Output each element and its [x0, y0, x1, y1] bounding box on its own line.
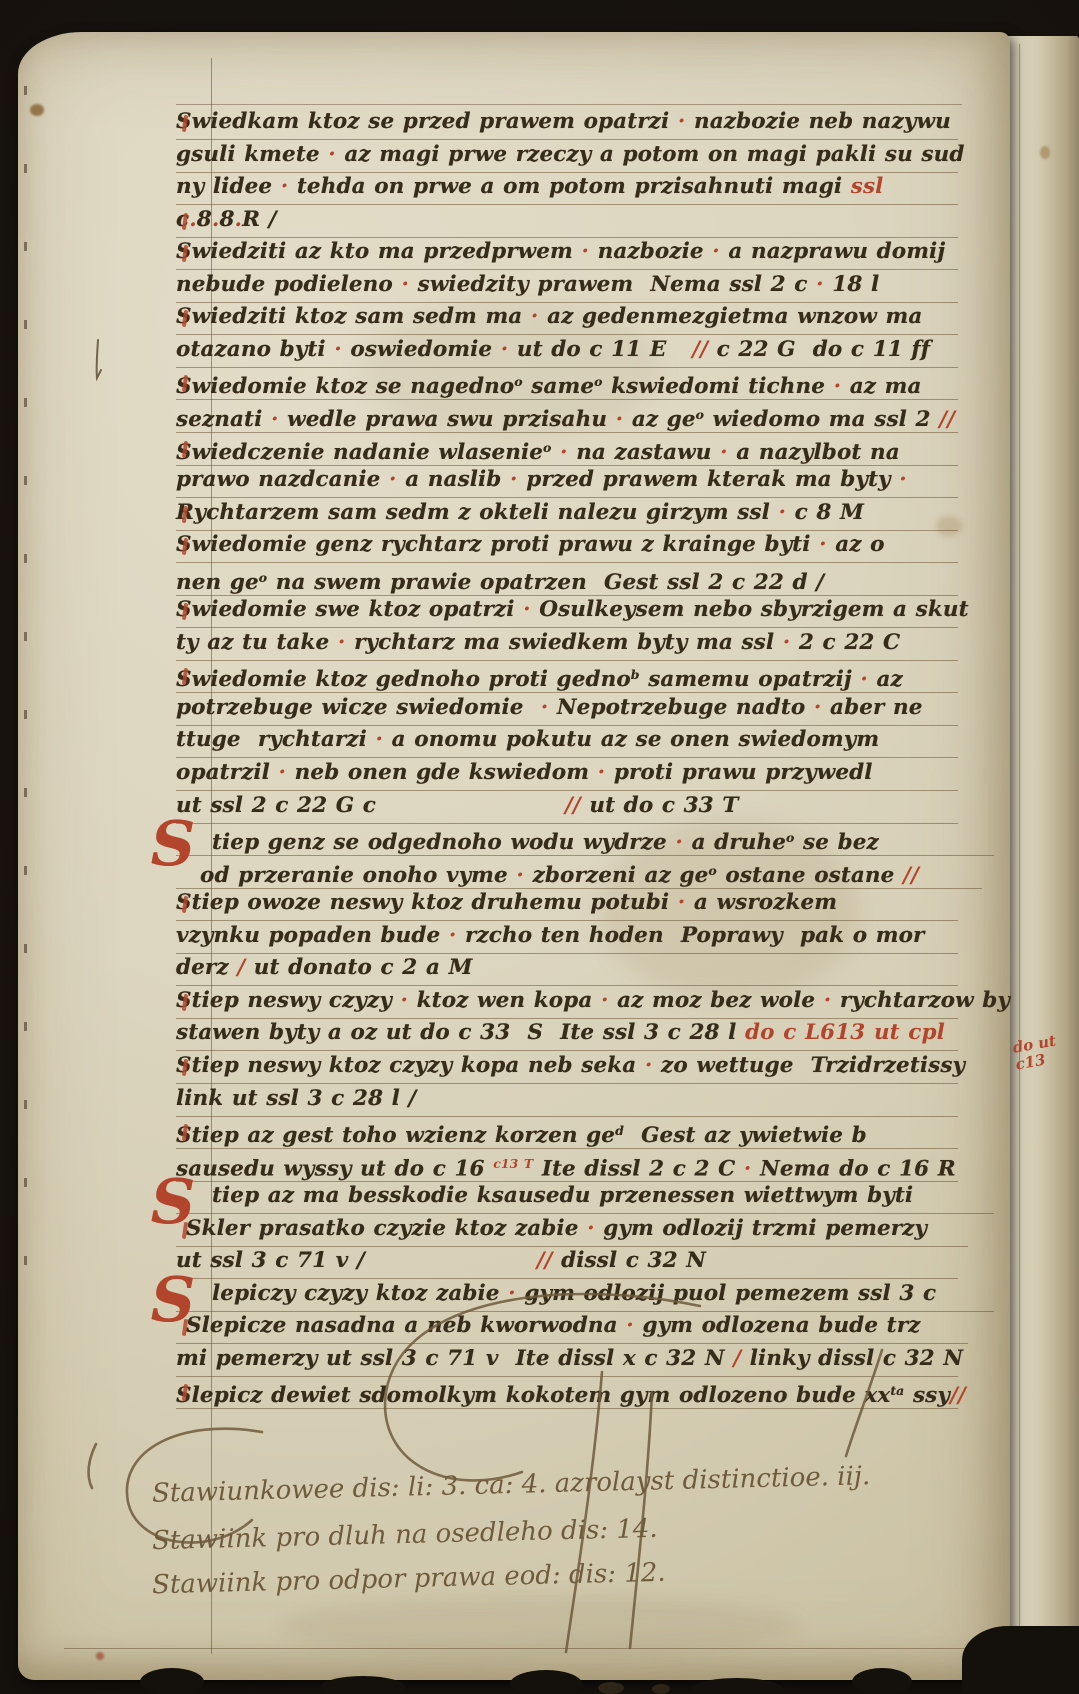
text-segment: ·	[618, 1313, 634, 1338]
page-corner-shadow	[962, 1626, 1079, 1694]
text-segment: ·	[852, 667, 868, 692]
text-segment: Stiep owoze neswy ktoz druhemu potubi	[176, 890, 669, 915]
text-segment: Swiedczenie nadanie wlasenie	[176, 439, 543, 464]
text-line: Stiep owoze neswy ktoz druhemu potubi · …	[176, 887, 958, 921]
marginal-annotation: Stawiunkowee dis: li: 3. ca: 4. azrolays…	[152, 1461, 871, 1509]
debris	[652, 1684, 670, 1694]
text-segment: wiedomo ma ssl 2	[704, 407, 930, 432]
text-segment: 2 c 22 C	[790, 630, 900, 655]
text-segment: ·	[320, 142, 336, 167]
deckle-edge	[510, 1670, 582, 1694]
text-segment: c 22 G do c 11 ff	[708, 337, 930, 362]
text-segment: 8	[219, 207, 234, 232]
text-line: Skler prasatko czyzie ktoz zabie · gym o…	[176, 1213, 968, 1247]
text-segment: ·	[704, 239, 720, 264]
text-segment: a onomu pokutu az se onen swiedomym	[383, 727, 879, 752]
text-segment: ·	[712, 439, 728, 464]
text-line: Swiedkam ktoz se przed prawem opatrzi · …	[176, 106, 958, 140]
text-line: Rychtarzem sam sedm z okteli nalezu girz…	[176, 497, 958, 531]
text-segment: Swiedomie swe ktoz opatrzi	[176, 597, 515, 622]
text-segment: se bez	[794, 830, 878, 855]
text-segment: na swem prawie opatrzen Gest ssl 2 c 22 …	[267, 570, 824, 595]
text-line: link ut ssl 3 c 28 l /	[176, 1083, 958, 1117]
marginal-annotation: Stawiink pro dluh na osedleho dis: 14.	[152, 1514, 658, 1556]
text-segment: c	[176, 207, 189, 232]
debris	[598, 1682, 624, 1694]
text-segment: rychtarzow by	[831, 988, 1010, 1013]
text-segment: opatrzil	[176, 760, 270, 785]
text-segment: link ut ssl 3 c 28 l /	[176, 1086, 416, 1111]
text-segment: ·	[440, 923, 456, 948]
text-segment: ·	[326, 337, 342, 362]
text-segment: neb onen gde kswiedom	[286, 760, 589, 785]
text-segment: potrzebuge wicze swiedomie	[176, 695, 541, 720]
text-line: mi pemerzy ut ssl 3 c 71 v Ite dissl x c…	[176, 1343, 958, 1377]
text-segment: ·	[589, 760, 605, 785]
text-segment: lepiczy czyzy ktoz zabie	[212, 1281, 500, 1306]
text-segment: 8	[197, 207, 212, 232]
text-line: vzynku popaden bude · rzcho ten hoden Po…	[176, 920, 958, 954]
text-segment: a naslib	[397, 467, 502, 492]
text-segment: ·	[735, 1156, 751, 1181]
text-line: ny lidee · tehda on prwe a om potom przi…	[176, 171, 958, 205]
text-segment: gym odlozij trzmi pemerzy	[595, 1216, 927, 1241]
text-segment: ·	[636, 1053, 652, 1078]
text-segment: R /	[242, 207, 277, 232]
text-segment: ta	[890, 1383, 904, 1398]
text-segment: ·	[770, 500, 786, 525]
text-segment: ·	[669, 890, 685, 915]
text-segment: ·	[380, 467, 396, 492]
text-segment: gym odlozena bude trz	[634, 1313, 921, 1338]
text-segment: ostane ostane	[717, 862, 895, 887]
text-segment: ·	[500, 1281, 516, 1306]
text-segment: ty az tu take	[176, 630, 338, 655]
text-segment: b	[631, 667, 640, 682]
text-line: Swiedziti az kto ma przedprwem · nazbozi…	[176, 236, 958, 270]
text-segment: ·	[592, 988, 608, 1013]
text-segment: a nazprawu domij	[720, 239, 945, 264]
text-segment: az	[868, 667, 903, 692]
deckle-edge	[852, 1668, 912, 1694]
text-segment: oswiedomie	[342, 337, 492, 362]
text-line: ty az tu take · rychtarz ma swiedkem byt…	[176, 627, 958, 661]
text-line: Slepicz dewiet sdomolkym kokotem gym odl…	[176, 1375, 958, 1409]
text-segment: ·	[825, 374, 841, 399]
text-segment: ·	[393, 272, 409, 297]
text-line: Swiedomie genz rychtarz proti prawu z kr…	[176, 529, 958, 563]
text-segment: .	[235, 207, 243, 232]
text-segment: az ma	[841, 374, 921, 399]
text-segment: Swiedomie ktoz se nagedno	[176, 374, 514, 399]
text-segment: Slepicz dewiet sdomolkym kokotem gym odl…	[176, 1383, 890, 1408]
text-segment: wedle prawa swu przisahu	[279, 407, 608, 432]
text-segment: ·	[270, 760, 286, 785]
text-segment: az ge	[623, 407, 695, 432]
text-segment: ·	[551, 439, 567, 464]
text-segment: a wsrozkem	[685, 890, 837, 915]
text-line: ttuge rychtarzi · a onomu pokutu az se o…	[176, 724, 958, 758]
text-line: derz / ut donato c 2 a M	[176, 952, 958, 986]
text-segment: ·	[522, 304, 538, 329]
text-segment: o	[696, 407, 704, 422]
text-line: c.8.8.R /	[176, 204, 958, 238]
text-segment: nazbozie	[589, 239, 704, 264]
text-segment: nebude podieleno	[176, 272, 393, 297]
text-segment: o	[708, 863, 716, 878]
text-segment: //	[565, 793, 581, 818]
text-segment: ·	[508, 862, 524, 887]
text-line: potrzebuge wicze swiedomie · Nepotrzebug…	[176, 692, 958, 726]
text-line: Stiep neswy czyzy · ktoz wen kopa · az m…	[176, 985, 958, 1019]
text-segment: kswiedomi tichne	[603, 374, 825, 399]
text-line: Stiep az gest toho wzienz korzen ged Ges…	[176, 1115, 958, 1149]
text-segment: .	[189, 207, 197, 232]
text-segment: o	[594, 374, 602, 389]
text-segment: ·	[667, 830, 683, 855]
text-segment: prawo nazdcanie	[176, 467, 380, 492]
text-segment: rychtarz ma swiedkem byty ma ssl	[346, 630, 775, 655]
text-line: stawen byty a oz ut do c 33 S Ite ssl 3 …	[176, 1017, 958, 1051]
text-segment: Ite dissl 2 c 2 C	[533, 1156, 735, 1181]
text-segment: ut do c 33 T	[581, 793, 739, 818]
text-line: od przeranie onoho vyme · zborzeni az ge…	[176, 855, 982, 889]
text-segment: ·	[367, 727, 383, 752]
text-segment: mi pemerzy ut ssl 3 c 71 v Ite dissl x c…	[176, 1346, 725, 1371]
text-segment: ssy	[904, 1383, 950, 1408]
text-segment: ·	[338, 630, 346, 655]
deckle-edge	[140, 1668, 204, 1694]
text-segment: Swiedomie genz rychtarz proti prawu z kr…	[176, 532, 810, 557]
text-line: nebude podieleno · swiedzity prawem Nema…	[176, 269, 958, 303]
text-segment: ·	[891, 467, 907, 492]
text-segment: /	[725, 1346, 750, 1371]
text-segment: stawen byty a oz ut do c 33 S Ite ssl 3 …	[176, 1020, 745, 1045]
text-segment: sausedu wyssy ut do c 16	[176, 1156, 493, 1181]
text-segment: ·	[774, 630, 790, 655]
text-segment: ut do c 11 E	[508, 337, 692, 362]
text-segment: /	[229, 955, 246, 980]
text-line: prawo nazdcanie · a naslib · przed prawe…	[176, 464, 958, 498]
text-segment: od przeranie onoho vyme	[200, 862, 508, 887]
text-segment: ssl	[851, 174, 884, 199]
text-segment: ·	[501, 467, 517, 492]
text-segment: c 8 M	[786, 500, 864, 525]
text-segment: przed prawem kterak ma byty	[518, 467, 891, 492]
text-segment: Swiedziti ktoz sam sedm ma	[176, 304, 522, 329]
text-segment: Nepotrzebuge nadto	[548, 695, 805, 720]
text-line: tiep genz se odgednoho wodu wydrze · a d…	[176, 822, 994, 856]
text-segment: ut ssl 3 c 71 v /	[176, 1248, 537, 1273]
text-segment: ktoz wen kopa	[408, 988, 592, 1013]
text-segment: linky dissl c 32 N	[750, 1346, 963, 1371]
text-segment: Gest az ywietwie b	[624, 1123, 867, 1148]
text-segment: //	[894, 862, 919, 887]
text-segment: az o	[827, 532, 885, 557]
text-line: ut ssl 2 c 22 G c // ut do c 33 T	[176, 790, 958, 824]
text-segment: aber ne	[821, 695, 922, 720]
text-segment: ·	[805, 695, 821, 720]
text-segment: Stiep neswy ktoz czyzy kopa neb seka	[176, 1053, 636, 1078]
text-segment: Stiep az gest toho wzienz korzen ge	[176, 1123, 615, 1148]
text-segment: az moz bez wole	[609, 988, 824, 1013]
text-segment: swiedzity prawem Nema ssl 2 c	[409, 272, 807, 297]
text-segment: na zastawu	[568, 439, 712, 464]
text-segment: ut ssl 2 c 22 G c	[176, 793, 565, 818]
text-line: seznati · wedle prawa swu przisahu · az …	[176, 399, 958, 433]
text-segment: Stiep neswy czyzy	[176, 988, 392, 1013]
text-line: opatrzil · neb onen gde kswiedom · proti…	[176, 757, 958, 791]
text-line: ut ssl 3 c 71 v / // dissl c 32 N	[176, 1245, 958, 1279]
text-segment: ·	[607, 407, 623, 432]
text-line: Swiedomie ktoz gednoho proti gednob same…	[176, 659, 958, 693]
text-segment: o	[514, 374, 522, 389]
text-segment: seznati	[176, 407, 262, 432]
text-segment: ut donato c 2 a M	[245, 955, 472, 980]
text-segment: ·	[392, 988, 408, 1013]
text-line: lepiczy czyzy ktoz zabie · gym odlozij p…	[176, 1278, 994, 1312]
text-segment: Rychtarzem sam sedm z okteli nalezu girz…	[176, 500, 770, 525]
text-segment: 18 l	[824, 272, 880, 297]
text-segment: //	[950, 1383, 966, 1408]
text-segment: nazbozie neb nazywu	[685, 109, 950, 134]
text-segment: ·	[262, 407, 278, 432]
text-segment: //	[692, 337, 708, 362]
marginal-annotation: Stawiink pro odpor prawa eod: dis: 12.	[152, 1558, 666, 1601]
text-segment: tehda on prwe a om potom przisahnuti mag…	[288, 174, 850, 199]
text-segment: d	[615, 1123, 624, 1138]
text-segment: o	[259, 570, 267, 585]
text-line: sausedu wyssy ut do c 16 c13 T Ite dissl…	[176, 1148, 958, 1182]
text-line: gsuli kmete · az magi prwe rzeczy a poto…	[176, 139, 958, 173]
text-segment: ·	[578, 1216, 594, 1241]
text-line: nen geo na swem prawie opatrzen Gest ssl…	[176, 562, 958, 596]
text-segment: nen ge	[176, 570, 259, 595]
text-segment: vzynku popaden bude	[176, 923, 440, 948]
text-segment: a druhe	[683, 830, 786, 855]
deckle-edge	[320, 1676, 406, 1694]
text-segment: Nema do c 16 R	[752, 1156, 956, 1181]
text-segment: //	[537, 1248, 553, 1273]
text-line: Swiedziti ktoz sam sedm ma · az gedenmez…	[176, 301, 958, 335]
text-segment: tiep genz se odgednoho wodu wydrze	[212, 830, 667, 855]
text-line: Stiep neswy ktoz czyzy kopa neb seka · z…	[176, 1050, 958, 1084]
text-segment: //	[931, 407, 956, 432]
text-line: Slepicze nasadna a neb kworwodna · gym o…	[176, 1310, 968, 1344]
text-segment: dissl c 32 N	[552, 1248, 705, 1273]
text-segment: gsuli kmete	[176, 142, 320, 167]
text-segment: samemu opatrzij	[640, 667, 852, 692]
text-line: Swiedomie swe ktoz opatrzi · Osulkeysem …	[176, 594, 958, 628]
text-segment: proti prawu przywedl	[605, 760, 872, 785]
text-segment: ·	[515, 597, 531, 622]
text-segment: do c L613 ut cpl	[745, 1020, 945, 1045]
text-segment: Skler prasatko czyzie ktoz zabie	[186, 1216, 578, 1241]
text-segment: ·	[810, 532, 826, 557]
text-segment: Swiedomie ktoz gednoho proti gedno	[176, 667, 631, 692]
text-segment: gym odlozij puol pemezem ssl 3 c	[516, 1281, 936, 1306]
photographed-codex: Swiedkam ktoz se przed prawem opatrzi · …	[0, 0, 1079, 1694]
text-segment: same	[523, 374, 594, 399]
text-segment: az magi prwe rzeczy a potom on magi pakl…	[336, 142, 965, 167]
text-line: Swiedczenie nadanie wlasenieo · na zasta…	[176, 432, 958, 466]
text-block: Swiedkam ktoz se przed prawem opatrzi · …	[0, 0, 1079, 1694]
text-segment: Slepicze nasadna a neb kworwodna	[186, 1313, 618, 1338]
text-segment: Osulkeysem nebo sbyrzigem a skut	[531, 597, 969, 622]
text-segment: a nazylbot na	[728, 439, 900, 464]
text-segment: otazano byti	[176, 337, 326, 362]
text-segment: ·	[573, 239, 589, 264]
text-segment: ·	[808, 272, 824, 297]
text-line: Swiedomie ktoz se nagednoo sameo kswiedo…	[176, 366, 958, 400]
text-segment: ny lidee	[176, 174, 272, 199]
text-segment: ·	[272, 174, 288, 199]
text-segment: ·	[669, 109, 685, 134]
text-segment: ttuge rychtarzi	[176, 727, 367, 752]
text-segment: zo wettuge Trzidrzetissy	[652, 1053, 965, 1078]
text-segment: az gedenmezgietma wnzow ma	[539, 304, 923, 329]
text-segment: ·	[492, 337, 508, 362]
text-line: tiep az ma besskodie ksausedu przenessen…	[176, 1180, 994, 1214]
text-segment: zborzeni az ge	[524, 862, 708, 887]
text-segment: c13 T	[493, 1156, 533, 1171]
text-line: otazano byti · oswiedomie · ut do c 11 E…	[176, 334, 958, 368]
text-segment: Swiedziti az kto ma przedprwem	[176, 239, 573, 264]
text-segment: derz	[176, 955, 229, 980]
text-segment: rzcho ten hoden Poprawy pak o mor	[456, 923, 924, 948]
text-segment: Swiedkam ktoz se przed prawem opatrzi	[176, 109, 669, 134]
text-segment: tiep az ma besskodie ksausedu przenessen…	[212, 1183, 913, 1208]
